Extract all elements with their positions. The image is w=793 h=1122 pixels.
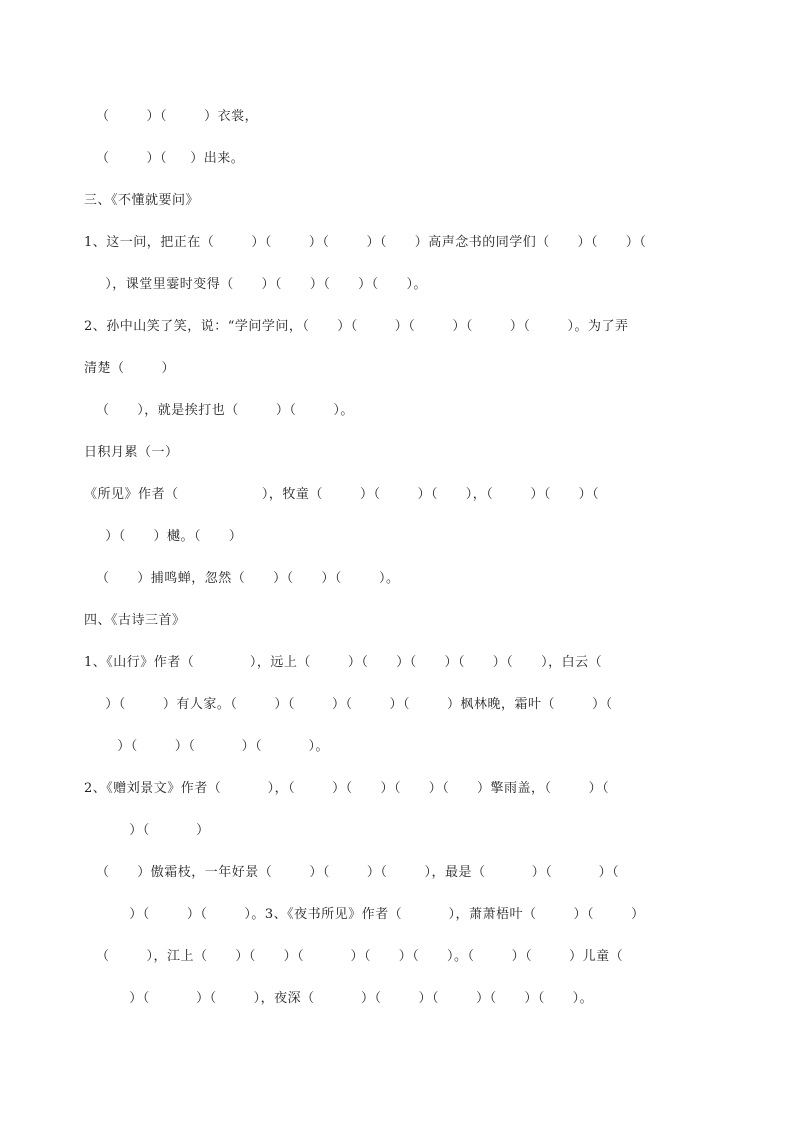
section-heading-4: 四、《古诗三首》 [84,613,186,629]
text-line-4: 1、这一问，把正在（ ）（ ）（ ）（ ）高声念书的同学们（ ）（ ）（ [84,235,646,251]
text-line-22: ）（ ）（ ），夜深（ ）（ ）（ ）（ ）（ ）。 [120,991,593,1007]
text-line-18: ）（ ） [120,823,210,839]
text-line-8: （ ），就是挨打也（ ）（ ）。 [96,403,354,419]
text-line-21: （ ），江上（ ）（ ）（ ）（ ）（ ）。（ ）（ ）儿童（ [96,949,623,965]
text-line-16: ）（ ）（ ）（ ）。 [108,739,329,755]
text-line-17: 2、《赠刘景文》作者（ ），（ ）（ ）（ ）（ ）擎雨盖，（ ）（ [84,781,609,797]
text-line-19: （ ）傲霜枝，一年好景（ ）（ ）（ ），最是（ ）（ ）（ [96,865,619,881]
text-line-10: 《所见》作者（ ），牧童（ ）（ ）（ ），（ ）（ ）（ [84,487,599,503]
text-line-20: ）（ ）（ ）。3、《夜书所见》作者（ ），萧萧梧叶（ ）（ ） [120,907,645,923]
text-line-2: （ ）（ ）出来。 [96,151,244,167]
text-line-5: ），课堂里霎时变得（ ）（ ）（ ）（ ）。 [96,277,427,293]
text-line-11: ）（ ）樾。（ ） [96,529,242,545]
text-line-6: 2、孙中山笑了笑，说：“学问学问，（ ）（ ）（ ）（ ）（ ）。为了弄 [84,319,628,335]
worksheet-page: （ ）（ ）衣裳， （ ）（ ）出来。 三、《不懂就要问》 1、这一问，把正在（… [0,0,793,1122]
text-line-1: （ ）（ ）衣裳， [96,109,258,125]
section-heading-3: 三、《不懂就要问》 [84,193,199,209]
text-line-12: （ ）捕鸣蝉，忽然（ ）（ ）（ ）。 [96,571,399,587]
section-heading-rijiyuelei: 日积月累（一） [84,445,179,461]
text-line-7: 清楚（ ） [84,361,175,377]
text-line-14: 1、《山行》作者（ ），远上（ ）（ ）（ ）（ ）（ ），白云（ [84,655,602,671]
text-line-15: ）（ ）有人家。（ ）（ ）（ ）（ ）枫林晚，霜叶（ ）（ [96,697,613,713]
